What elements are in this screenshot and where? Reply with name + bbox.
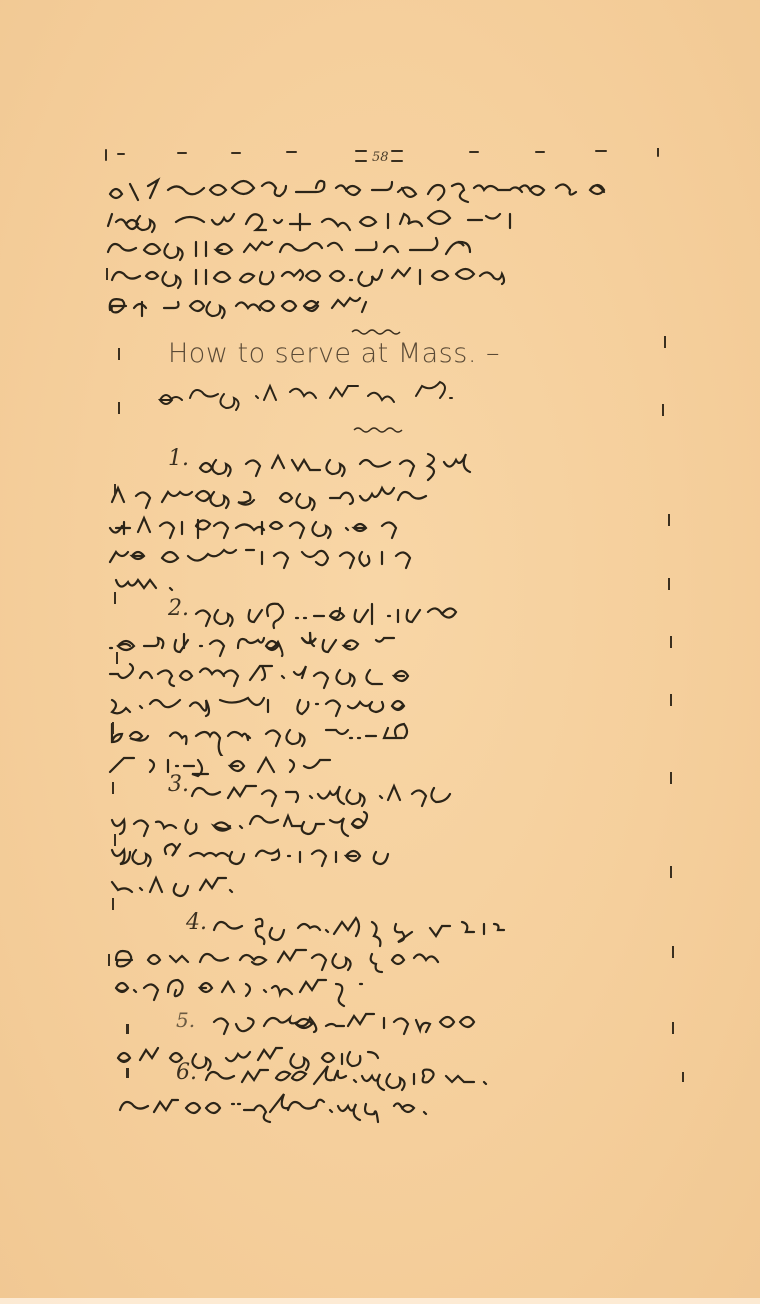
shorthand-line bbox=[0, 868, 760, 908]
wavy-separator bbox=[350, 326, 410, 336]
heading-shorthand-line bbox=[0, 376, 760, 416]
heading-title: How to serve at Mass. – bbox=[168, 338, 500, 369]
shorthand-line bbox=[0, 288, 760, 328]
page-number: 58 bbox=[372, 150, 389, 165]
shorthand-line bbox=[0, 1004, 760, 1044]
wavy-separator bbox=[352, 424, 412, 434]
document-page: 58 How to serve at Mass. – 1. bbox=[0, 0, 760, 1304]
shorthand-line bbox=[0, 1090, 760, 1130]
